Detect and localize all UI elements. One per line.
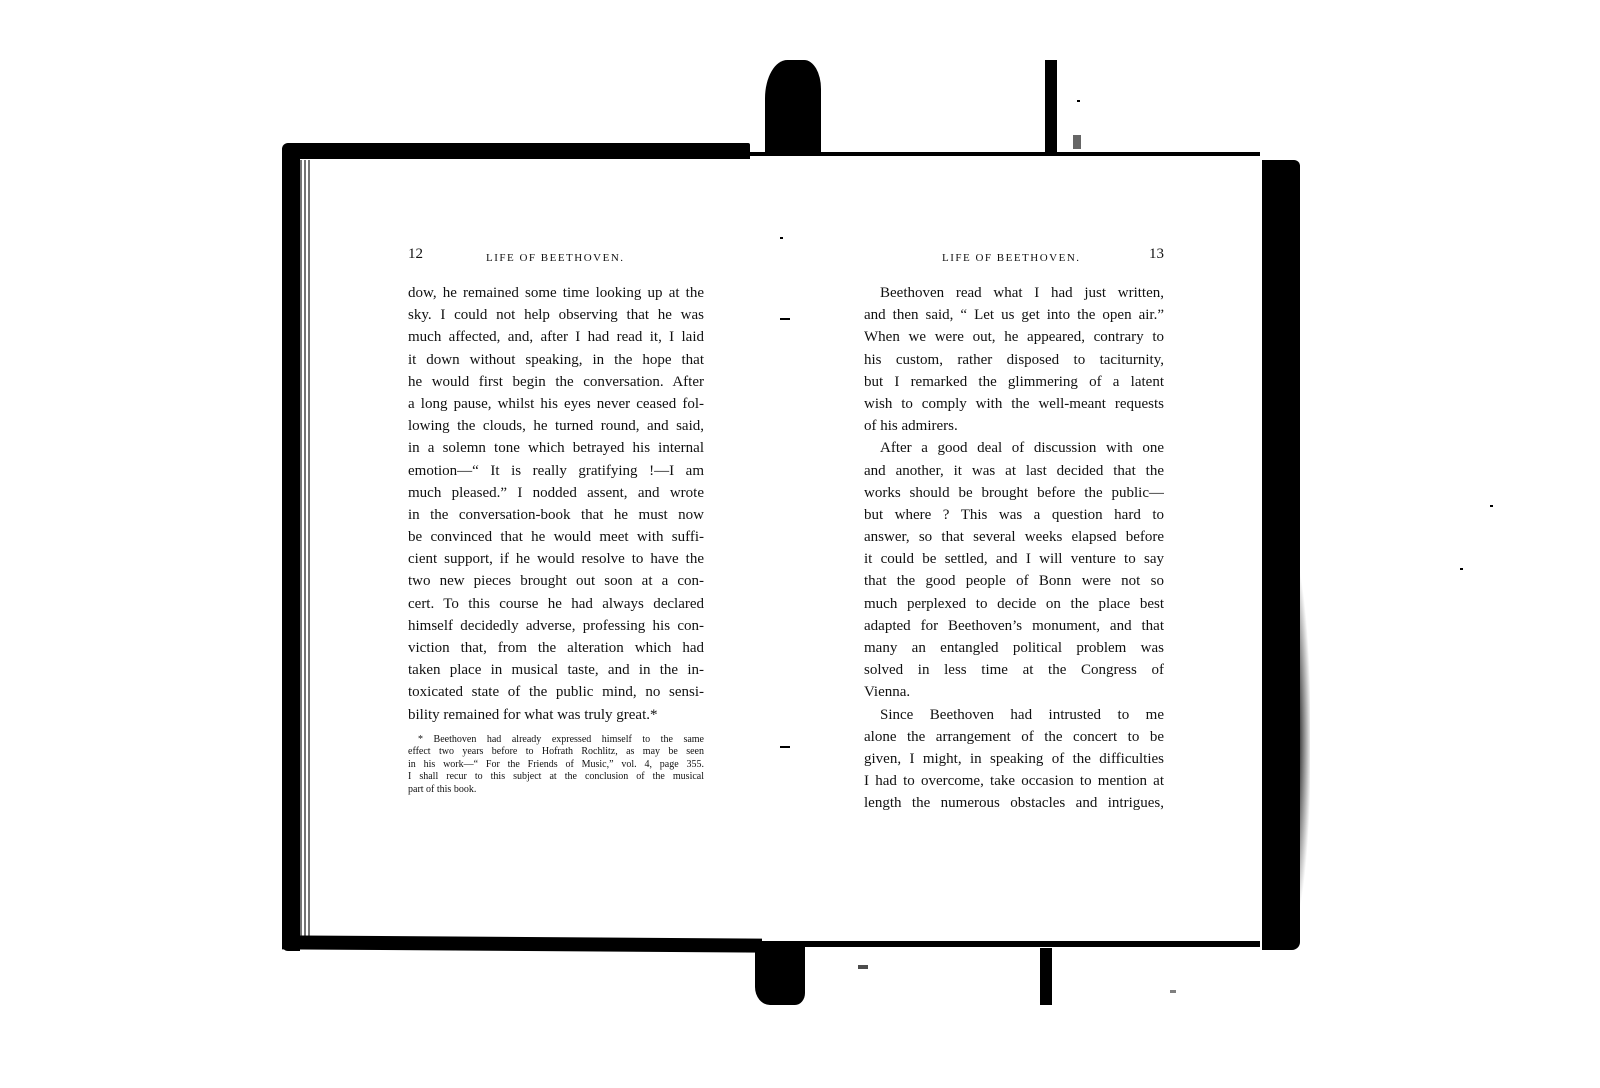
running-head: 12 LIFE OF BEETHOVEN. xyxy=(408,248,704,270)
text-line: many an entangled political problem was xyxy=(864,637,1164,659)
text-line: adapted for Beethoven’s monument, and th… xyxy=(864,615,1164,637)
ribbon-bar-top xyxy=(1045,60,1057,156)
cover-edge-bottom xyxy=(282,935,762,952)
text-line: dow, he remained some time looking up at… xyxy=(408,282,704,304)
scan-speck xyxy=(858,965,868,969)
text-line: Vienna. xyxy=(864,681,1164,703)
page-number: 12 xyxy=(408,246,423,263)
text-line: and another, it was at last decided that… xyxy=(864,460,1164,482)
scan-speck xyxy=(1460,568,1463,570)
text-line: Since Beethoven had intrusted to me xyxy=(864,704,1164,726)
text-line: two new pieces brought out soon at a con… xyxy=(408,570,704,592)
page-number: 13 xyxy=(1149,246,1164,263)
text-line: emotion—“ It is really gratifying !—I am xyxy=(408,460,704,482)
cover-edge-left xyxy=(282,143,300,951)
text-line: * Beethoven had already expressed himsel… xyxy=(408,734,704,746)
text-line: bility remained for what was truly great… xyxy=(408,704,704,726)
text-line: After a good deal of discussion with one xyxy=(864,437,1164,459)
scan-speck xyxy=(1490,505,1493,507)
text-line: a long pause, whilst his eyes never ceas… xyxy=(408,393,704,415)
text-line: toxicated state of the public mind, no s… xyxy=(408,681,704,703)
gutter-mark xyxy=(780,318,790,320)
text-line: in the conversation-book that he must no… xyxy=(408,504,704,526)
bookmark-tab-bottom xyxy=(755,945,805,1005)
text-line: cient support, if he would resolve to ha… xyxy=(408,548,704,570)
text-line: cert. To this course he had always decla… xyxy=(408,593,704,615)
text-line: he would first begin the conversation. A… xyxy=(408,371,704,393)
footnote: * Beethoven had already expressed himsel… xyxy=(408,734,704,796)
text-line: given, I might, in speaking of the diffi… xyxy=(864,748,1164,770)
cover-edge-bottom-right xyxy=(760,941,1260,947)
right-page: LIFE OF BEETHOVEN. 13 Beethoven read wha… xyxy=(864,248,1164,270)
left-page: 12 LIFE OF BEETHOVEN. dow, he remained s… xyxy=(408,248,704,270)
text-line: solved in less time at the Congress of xyxy=(864,659,1164,681)
gutter-mark xyxy=(780,746,790,748)
text-line: alone the arrangement of the concert to … xyxy=(864,726,1164,748)
running-head: LIFE OF BEETHOVEN. 13 xyxy=(864,248,1164,270)
running-head-title: LIFE OF BEETHOVEN. xyxy=(942,252,1081,264)
ribbon-bar-bottom xyxy=(1040,948,1052,1005)
scanned-book-spread: 12 LIFE OF BEETHOVEN. dow, he remained s… xyxy=(0,0,1600,1088)
running-head-title: LIFE OF BEETHOVEN. xyxy=(486,252,625,264)
scan-speck xyxy=(1170,990,1176,993)
text-line: much affected, and, after I had read it,… xyxy=(408,326,704,348)
text-line: of his admirers. xyxy=(864,415,1164,437)
text-line: his custom, rather disposed to taciturni… xyxy=(864,349,1164,371)
page-edges-left xyxy=(300,160,312,940)
text-line: Beethoven read what I had just written, xyxy=(864,282,1164,304)
text-line: but where ? This was a question hard to xyxy=(864,504,1164,526)
text-line: I shall recur to this subject at the con… xyxy=(408,771,704,783)
text-line: much perplexed to decide on the place be… xyxy=(864,593,1164,615)
text-line: I had to overcome, take occasion to ment… xyxy=(864,770,1164,792)
text-line: in a solemn tone which betrayed his inte… xyxy=(408,437,704,459)
text-line: taken place in musical taste, and in the… xyxy=(408,659,704,681)
text-line: effect two years before to Hofrath Rochl… xyxy=(408,746,704,758)
scan-speck xyxy=(1073,135,1081,149)
body-text: Beethoven read what I had just written,a… xyxy=(864,282,1164,815)
text-line: answer, so that several weeks elapsed be… xyxy=(864,526,1164,548)
text-line: length the numerous obstacles and intrig… xyxy=(864,792,1164,814)
text-line: wish to comply with the well-meant reque… xyxy=(864,393,1164,415)
text-line: works should be brought before the publi… xyxy=(864,482,1164,504)
bookmark-tab-top xyxy=(765,60,821,156)
text-line: himself decidedly adverse, professing hi… xyxy=(408,615,704,637)
text-line: that the good people of Bonn were not so xyxy=(864,570,1164,592)
body-text: dow, he remained some time looking up at… xyxy=(408,282,704,726)
text-line: in his work—“ For the Friends of Music,”… xyxy=(408,759,704,771)
text-line: lowing the clouds, he turned round, and … xyxy=(408,415,704,437)
text-line: it down without speaking, in the hope th… xyxy=(408,349,704,371)
text-line: much pleased.” I nodded assent, and wrot… xyxy=(408,482,704,504)
cover-edge-top-right xyxy=(750,152,1260,156)
text-line: be convinced that he would meet with suf… xyxy=(408,526,704,548)
text-line: and then said, “ Let us get into the ope… xyxy=(864,304,1164,326)
cover-shadow-right xyxy=(1290,560,1310,920)
text-line: sky. I could not help observing that he … xyxy=(408,304,704,326)
scan-speck xyxy=(1077,100,1080,102)
gutter-mark xyxy=(780,237,783,239)
text-line: it could be settled, and I will venture … xyxy=(864,548,1164,570)
text-line: viction that, from the alteration which … xyxy=(408,637,704,659)
text-line: When we were out, he appeared, contrary … xyxy=(864,326,1164,348)
cover-edge-top xyxy=(290,143,750,159)
text-line: but I remarked the glimmering of a laten… xyxy=(864,371,1164,393)
text-line: part of this book. xyxy=(408,784,704,796)
